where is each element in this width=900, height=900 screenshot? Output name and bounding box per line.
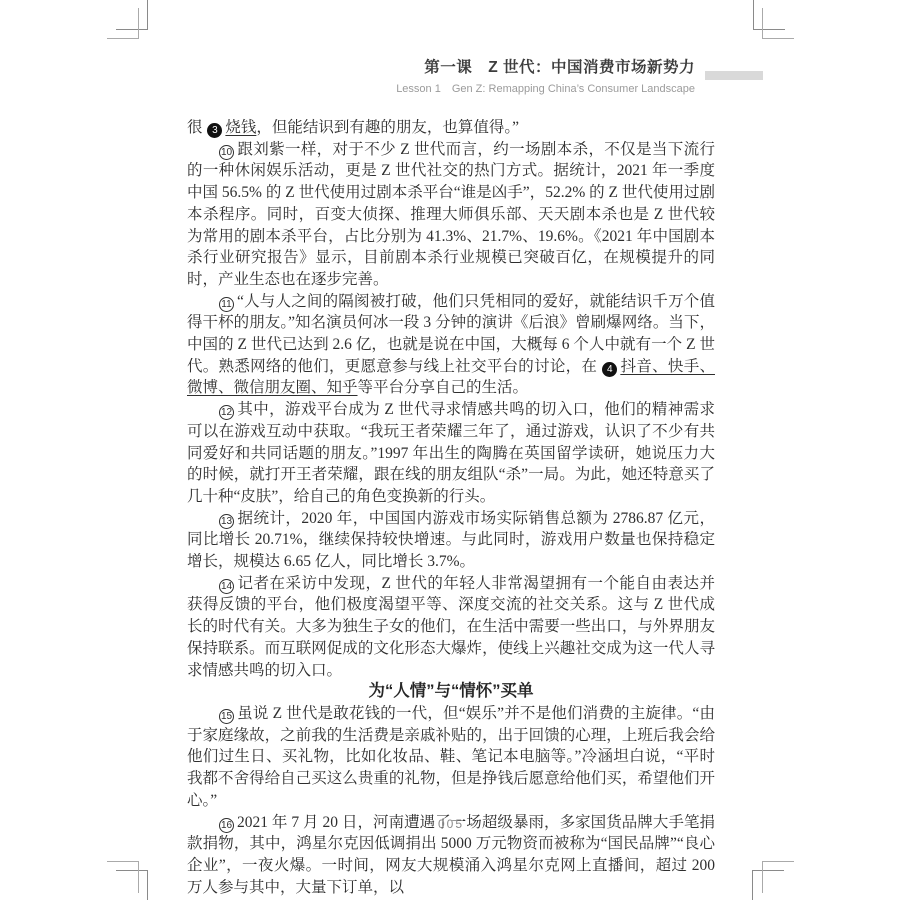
lesson-title-en: Lesson 1 Gen Z: Remapping China’s Consum…	[396, 80, 695, 96]
body-text: 跟刘紫一样，对于不少 Z 世代而言，约一场剧本杀，不仅是当下流行的一种休闲娱乐活…	[187, 141, 715, 288]
article-body: 很 3烧钱，但能结识到有趣的朋友，也算值得。”10跟刘紫一样，对于不少 Z 世代…	[187, 117, 715, 898]
body-text: 记者在采访中发现，Z 世代的年轻人非常渴望拥有一个能自由表达并获得反馈的平台，他…	[187, 575, 715, 679]
crop-mark-top-right-outer	[762, 8, 794, 39]
header-accent-bar	[705, 71, 763, 80]
paragraph-number-icon: 10	[219, 145, 234, 160]
paragraph: 10跟刘紫一样，对于不少 Z 世代而言，约一场剧本杀，不仅是当下流行的一种休闲娱…	[187, 139, 715, 291]
paragraph: 12其中，游戏平台成为 Z 世代寻求情感共鸣的切入口，他们的精神需求可以在游戏互…	[187, 399, 715, 508]
paragraph: 15虽说 Z 世代是敢花钱的一代，但“娱乐”并不是他们消费的主旋律。“由于家庭缘…	[187, 703, 715, 812]
paragraph: 13据统计，2020 年，中国国内游戏市场实际销售总额为 2786.87 亿元，…	[187, 508, 715, 573]
paragraph-number-icon: 11	[219, 297, 234, 312]
body-text: 据统计，2020 年，中国国内游戏市场实际销售总额为 2786.87 亿元，同比…	[187, 510, 715, 570]
body-text: ，但能结识到有趣的朋友，也算值得。”	[256, 119, 519, 136]
body-text: 虽说 Z 世代是敢花钱的一代，但“娱乐”并不是他们消费的主旋律。“由于家庭缘故，…	[187, 705, 715, 809]
paragraph-number-icon: 12	[219, 405, 234, 420]
running-head: 第一课 Z 世代：中国消费市场新势力 Lesson 1 Gen Z: Remap…	[396, 55, 695, 96]
crop-mark-bottom-left-outer	[107, 861, 139, 893]
section-heading: 为“人情”与“情怀”买单	[187, 681, 715, 703]
body-text: 很	[187, 119, 206, 136]
body-text: 等平台分享自己的生活。	[358, 379, 529, 396]
paragraph: 14记者在采访中发现，Z 世代的年轻人非常渴望拥有一个能自由表达并获得反馈的平台…	[187, 573, 715, 682]
page-number: · 005 ·	[427, 817, 476, 831]
paragraph-number-icon: 13	[219, 514, 234, 529]
body-text: 其中，游戏平台成为 Z 世代寻求情感共鸣的切入口，他们的精神需求可以在游戏互动中…	[187, 401, 715, 505]
paragraph-number-icon: 15	[219, 709, 234, 724]
crop-mark-bottom-right-outer	[762, 861, 794, 893]
crop-mark-top-left-outer	[107, 8, 139, 39]
footnote-number-icon: 4	[602, 362, 617, 377]
book-page: 第一课 Z 世代：中国消费市场新势力 Lesson 1 Gen Z: Remap…	[0, 0, 900, 900]
paragraph-number-icon: 14	[219, 579, 234, 594]
footnote-number-icon: 3	[207, 123, 222, 138]
paragraph: 11“人与人之间的隔阂被打破，他们只凭相同的爱好，就能结识千万个值得干杯的朋友。…	[187, 291, 715, 400]
lesson-title-zh: 第一课 Z 世代：中国消费市场新势力	[396, 55, 695, 77]
page-footer: · 005 ·	[187, 817, 715, 831]
underlined-term: 烧钱	[225, 119, 256, 136]
paragraph: 很 3烧钱，但能结识到有趣的朋友，也算值得。”	[187, 117, 715, 139]
